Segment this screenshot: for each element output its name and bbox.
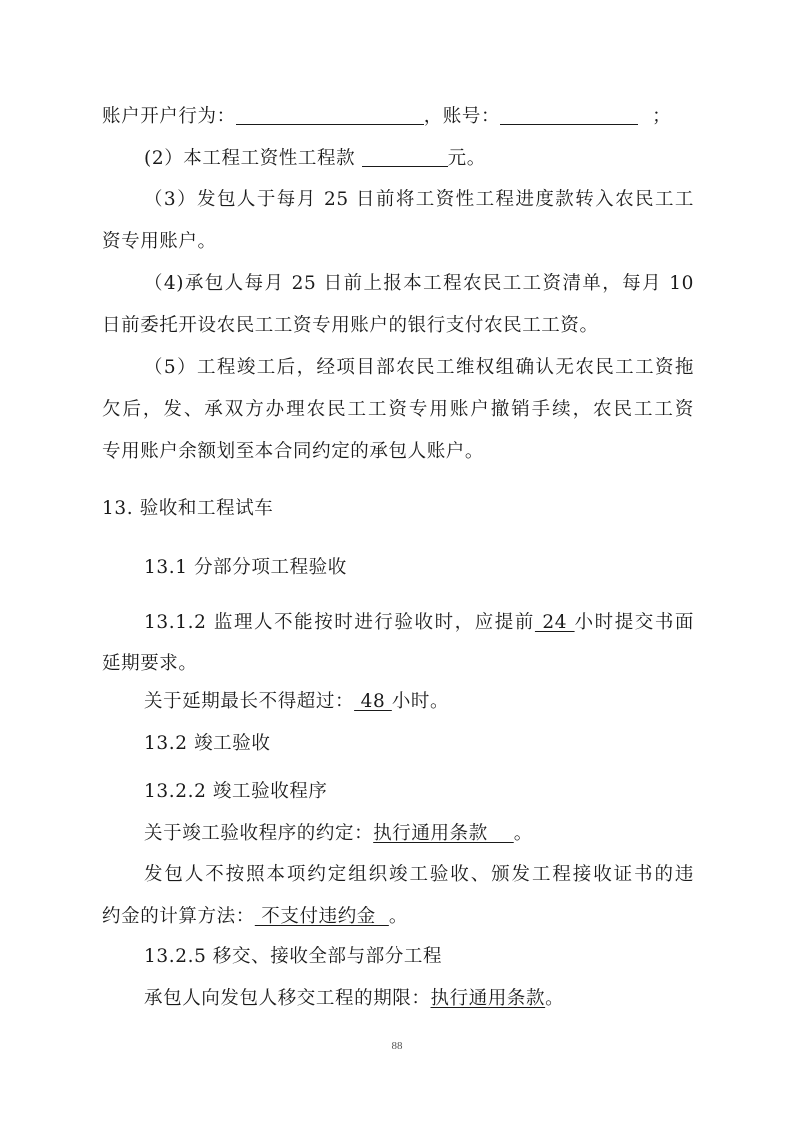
handover-value: 执行通用条款 — [431, 988, 546, 1009]
clause-5-line2: 欠后，发、承双方办理农民工工资专用账户撤销手续，农民工工资 — [102, 397, 694, 423]
item-13-2-2-heading: 13.2.2 竣工验收程序 — [144, 779, 694, 805]
clause-3-line1: （3）发包人于每月 25 日前将工资性工程进度款转入农民工工 — [144, 187, 694, 213]
penalty-period: 。 — [389, 906, 408, 927]
item-13-1-2-prefix: 13.1.2 监理人不能按时进行验收时，应提前 — [144, 612, 535, 633]
section-13-heading: 13. 验收和工程试车 — [102, 496, 694, 522]
penalty-line1: 发包人不按照本项约定组织竣工验收、颁发工程接收证书的违 — [144, 862, 694, 888]
procedure-period: 。 — [514, 823, 533, 844]
clause-5-line1: （5）工程竣工后，经项目部农民工维权组确认无农民工工资拖 — [144, 355, 694, 381]
penalty-line2: 约金的计算方法： 不支付违约金 。 — [102, 904, 694, 930]
bank-account-line: 账户开户行为：，账号：； — [102, 104, 694, 130]
account-number-label: ，账号： — [424, 106, 500, 127]
bank-label: 账户开户行为： — [102, 106, 236, 127]
section-13-2-heading: 13.2 竣工验收 — [144, 731, 694, 757]
clause-3-line2: 资专用账户。 — [102, 229, 694, 255]
document-page: 账户开户行为：，账号：； (2）本工程工资性工程款 元。 （3）发包人于每月 2… — [0, 0, 794, 1122]
semicolon: ； — [652, 106, 671, 127]
handover-line: 承包人向发包人移交工程的期限：执行通用条款。 — [144, 986, 694, 1012]
account-number-blank — [500, 106, 638, 125]
penalty-label: 约金的计算方法： — [102, 906, 255, 927]
wage-amount-unit: 元。 — [448, 148, 486, 169]
section-13-1-heading: 13.1 分部分项工程验收 — [144, 555, 694, 581]
advance-hours-value: 24 — [535, 612, 575, 633]
procedure-value: 执行通用条款 — [373, 823, 514, 844]
procedure-label: 关于竣工验收程序的约定： — [144, 823, 373, 844]
item-13-1-2-suffix: 小时提交书面 — [575, 612, 694, 633]
clause-5-line3: 专用账户余额划至本合同约定的承包人账户。 — [102, 439, 694, 465]
max-delay-line: 关于延期最长不得超过： 48 小时。 — [144, 689, 694, 715]
clause-4-line2: 日前委托开设农民工工资专用账户的银行支付农民工工资。 — [102, 313, 694, 339]
penalty-value: 不支付违约金 — [255, 906, 389, 927]
page-number: 88 — [0, 1040, 794, 1052]
wage-amount-line: (2）本工程工资性工程款 元。 — [144, 146, 694, 172]
procedure-line: 关于竣工验收程序的约定：执行通用条款 。 — [144, 821, 694, 847]
handover-label: 承包人向发包人移交工程的期限： — [144, 988, 431, 1009]
clause-4-line1: （4)承包人每月 25 日前上报本工程农民工工资清单，每月 10 — [144, 271, 694, 297]
max-delay-label: 关于延期最长不得超过： — [144, 691, 354, 712]
max-delay-unit: 小时。 — [392, 691, 449, 712]
bank-blank — [236, 106, 424, 125]
wage-amount-blank — [362, 148, 448, 167]
wage-amount-label: (2）本工程工资性工程款 — [144, 148, 362, 169]
item-13-2-5-heading: 13.2.5 移交、接收全部与部分工程 — [144, 944, 694, 970]
handover-period: 。 — [545, 988, 564, 1009]
max-delay-value: 48 — [354, 691, 392, 712]
item-13-1-2-line1: 13.1.2 监理人不能按时进行验收时，应提前 24 小时提交书面 — [144, 610, 694, 636]
item-13-1-2-line2: 延期要求。 — [102, 651, 694, 677]
